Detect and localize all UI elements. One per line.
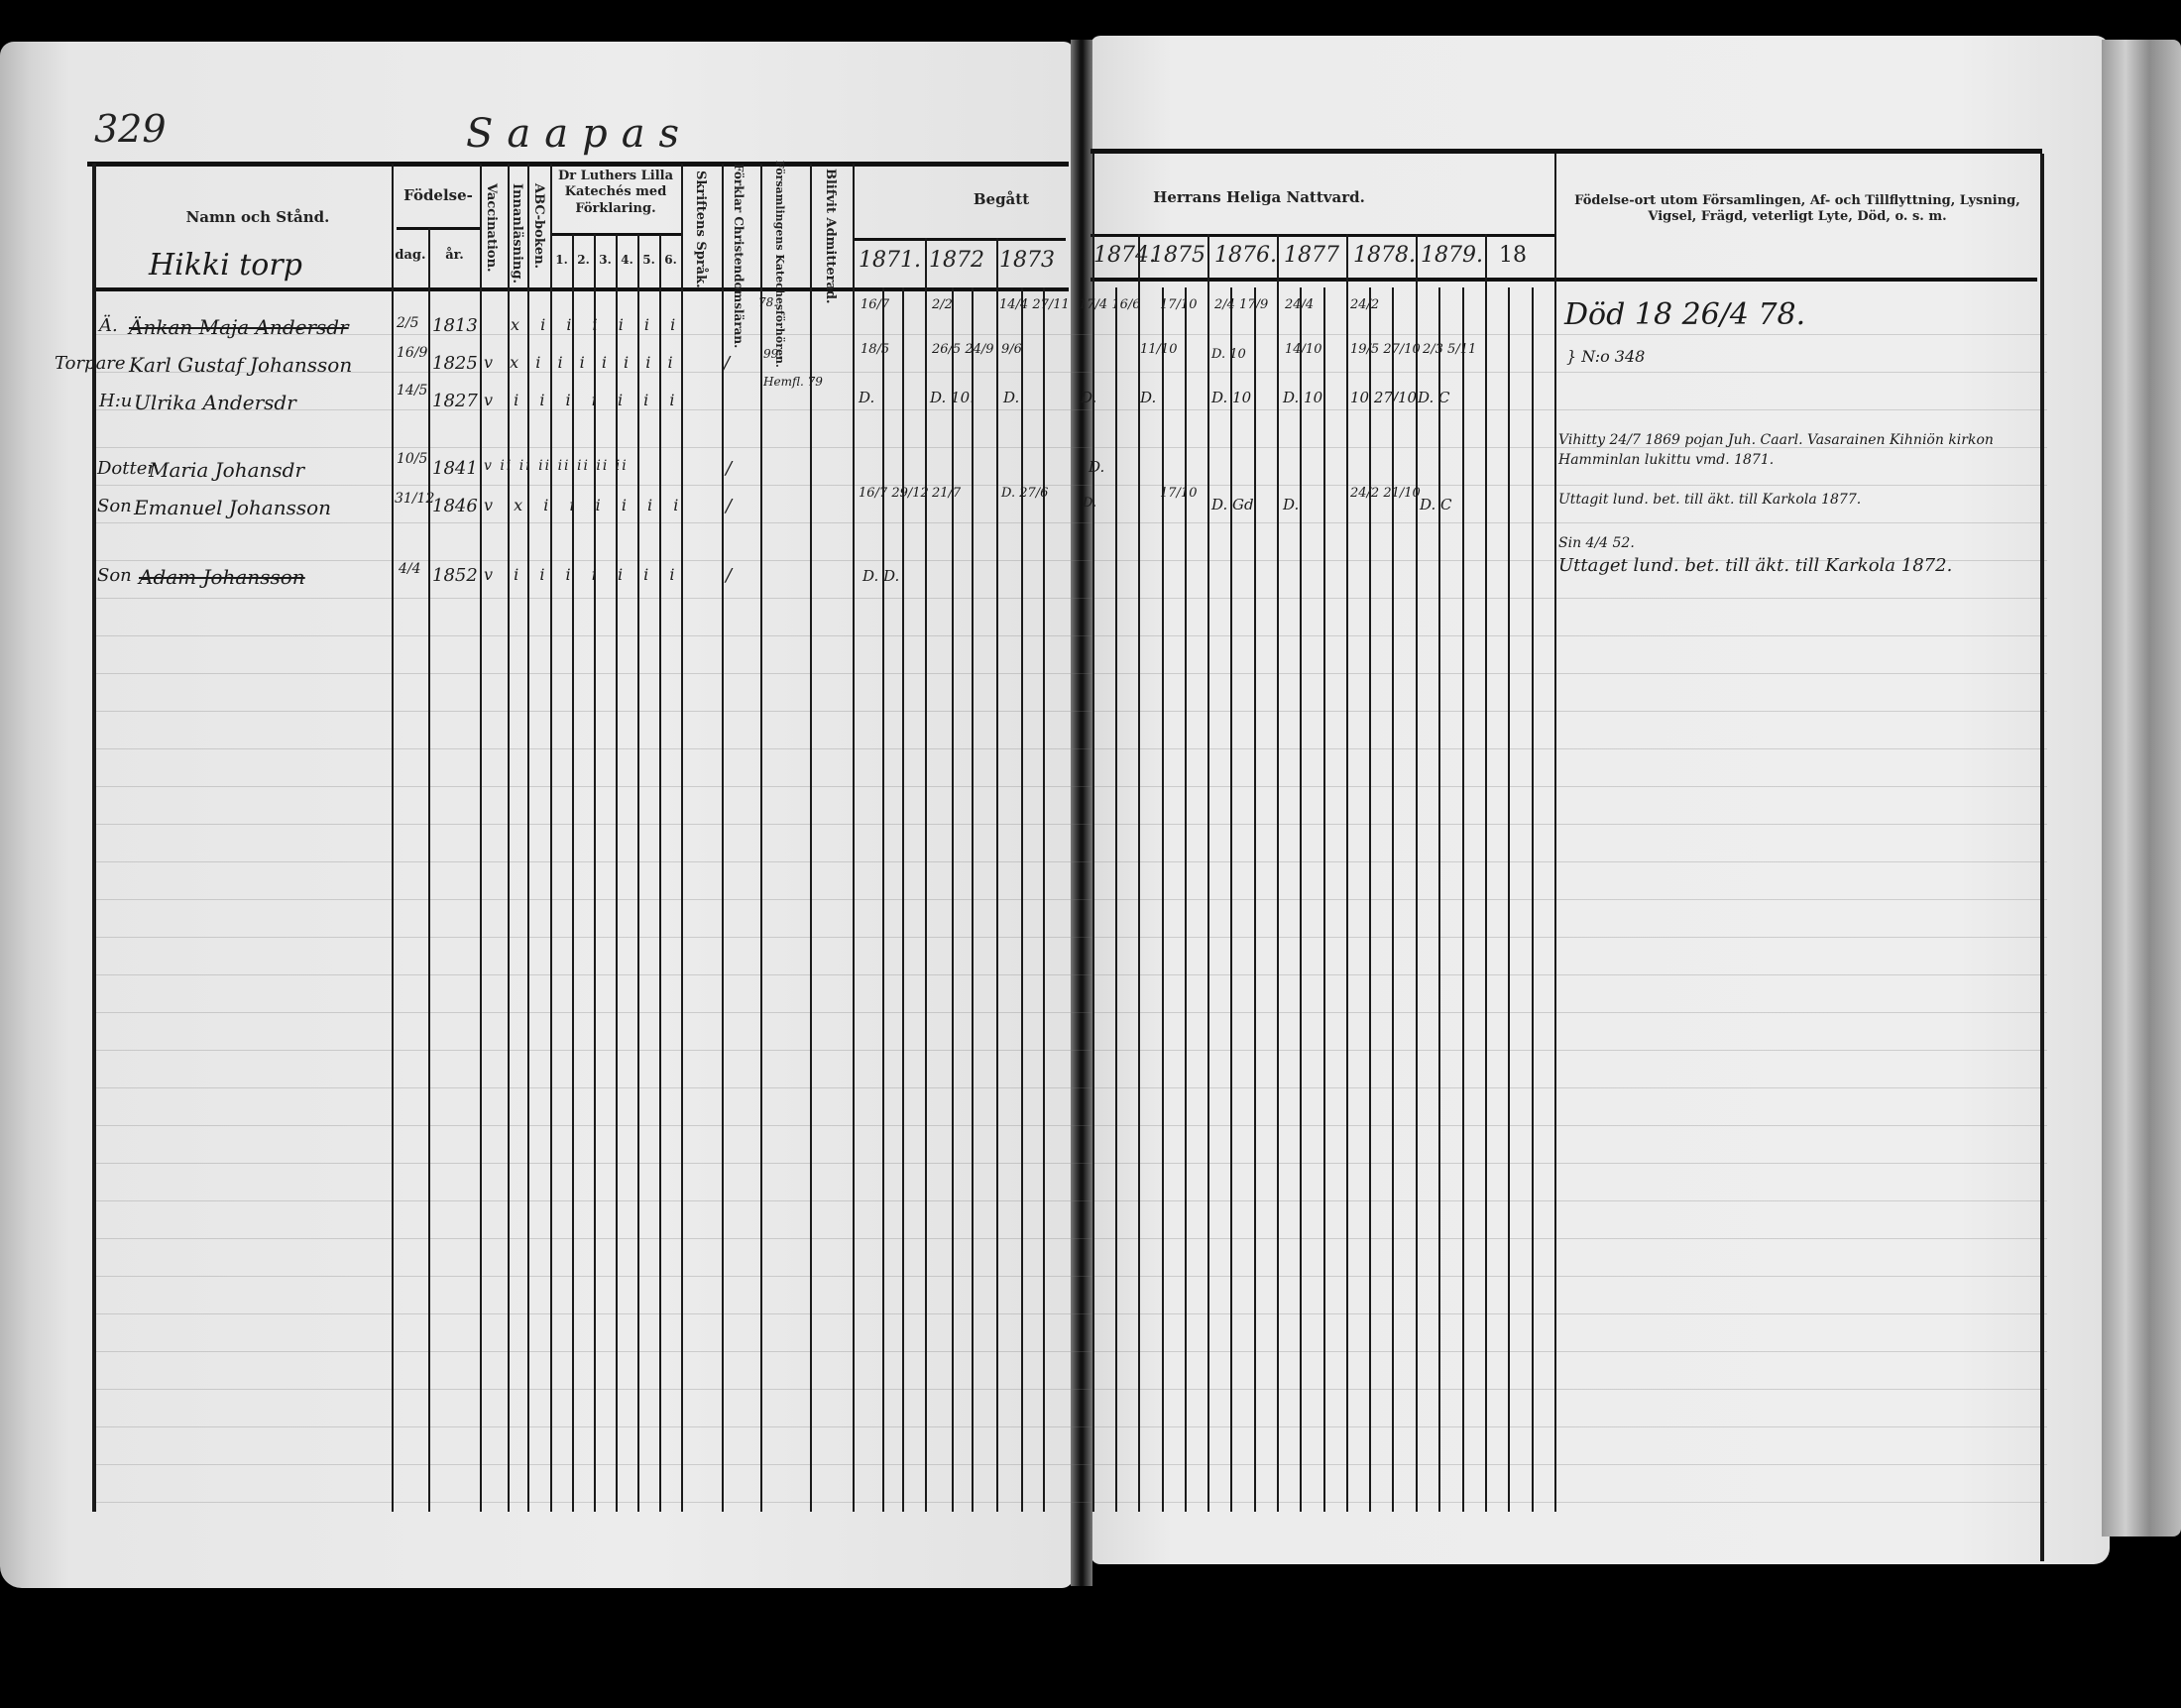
header-remarks: Födelse-ort utom Församlingen, Af- och T…: [1558, 193, 2036, 226]
header-birth-year: år.: [429, 248, 480, 264]
col-line: [1532, 287, 1534, 1512]
row-birth-day: 4/4: [399, 561, 421, 577]
catechism-col-5: 5.: [638, 253, 659, 268]
header-skriftens: Skriftens Språk.: [693, 171, 708, 288]
col-line: [902, 287, 904, 1512]
col-line: [1485, 234, 1487, 1512]
row-birth-day: 31/12: [395, 491, 434, 507]
row-admit: /: [724, 353, 730, 374]
cell: D. C: [1420, 496, 1452, 513]
year-1875: 1875: [1150, 243, 1205, 268]
row-birth-day: 2/5: [397, 315, 419, 331]
cell: D. Gd: [1211, 496, 1254, 513]
cell: D.: [1089, 458, 1104, 476]
row-marks: v i i i i i i i: [484, 565, 682, 584]
cell: D. 10: [1211, 347, 1246, 362]
col-line: [637, 234, 639, 1512]
row-name: Karl Gustaf Johansson: [129, 353, 352, 377]
col-line: [572, 234, 574, 1512]
cell: 16/7 29/12: [859, 486, 929, 501]
cell: 24/4: [1285, 297, 1314, 312]
cell: 17/4 16/6: [1079, 297, 1141, 312]
cell: 10 27/10: [1350, 389, 1417, 406]
col-line: [952, 287, 954, 1512]
col-line: [1438, 287, 1440, 1512]
col-line: [1508, 287, 1510, 1512]
col-line: [1416, 234, 1418, 1512]
col-line: [760, 164, 762, 1512]
row-remark: Död 18 26/4 78.: [1564, 297, 1805, 332]
row-birth-year: 1846: [432, 496, 478, 516]
row-birth-year: 1827: [432, 391, 478, 411]
row-birth-year: 1825: [432, 353, 478, 374]
page-number: 329: [94, 107, 167, 151]
cell: 21/7: [932, 486, 961, 501]
cell: 9/6: [1001, 342, 1022, 357]
col-line: [2040, 154, 2044, 1561]
cell: 11/10: [1140, 342, 1177, 357]
col-line: [616, 234, 618, 1512]
header-catechism: Dr Luthers Lilla Katechés med Förklaring…: [552, 169, 679, 217]
col-line: [1254, 287, 1256, 1512]
header-forsamling: Församlingens Katechesförhören.: [773, 161, 786, 368]
header-nattvard: Herrans Heliga Nattvard.: [1130, 188, 1388, 207]
col-line: [853, 164, 855, 1512]
col-line: [428, 228, 430, 1512]
row-admit: /: [726, 565, 732, 586]
cell: 14/4 27/11: [999, 297, 1070, 312]
cell: 24/2 21/10: [1350, 486, 1421, 501]
cell: D. D.: [862, 567, 899, 585]
top-rule-right: [1090, 149, 2042, 154]
page-edges: [2102, 40, 2181, 1537]
row-birth-day: 16/9: [397, 345, 427, 361]
row-name: Änkan Maja Andersdr: [129, 315, 349, 339]
parish-heading: Saapas: [466, 111, 693, 157]
row-prefix: Ä.: [99, 315, 118, 336]
header-bottom-rule-right: [1090, 278, 2037, 282]
col-line: [1207, 234, 1209, 1512]
year-1871: 1871.: [859, 248, 921, 273]
col-line: [1092, 154, 1094, 1512]
cell: D.: [1003, 389, 1019, 406]
col-line: [1300, 287, 1302, 1512]
cell: D. 10: [1283, 389, 1322, 406]
row-name: Ulrika Andersdr: [134, 391, 296, 414]
year-1872: 1872: [929, 248, 984, 273]
catechism-col-2: 2.: [573, 253, 594, 268]
cell: D.: [859, 389, 874, 406]
row-marks: x i i i i i i: [511, 315, 683, 334]
year-1877: 1877: [1284, 243, 1339, 268]
col-line: [1185, 287, 1187, 1512]
col-line: [1021, 287, 1023, 1512]
row-prefix: H:u: [99, 391, 132, 411]
cell: 2/3 5/11: [1423, 342, 1476, 357]
row-birth-year: 1852: [432, 565, 478, 586]
cell: 18/5: [861, 342, 889, 357]
catechism-col-4: 4.: [617, 253, 637, 268]
row-birth-day: 10/5: [397, 451, 427, 467]
col-line: [1277, 234, 1279, 1512]
row-remark: Vihitty 24/7 1869 pojan Juh. Caarl. Vasa…: [1558, 432, 1994, 448]
header-birth: Födelse-: [397, 186, 480, 205]
birth-subrule: [397, 227, 480, 230]
header-admitterad: Blifvit Admitterad.: [823, 169, 838, 304]
row-admit: /: [726, 496, 732, 516]
cell: D.: [1083, 496, 1096, 511]
year-18: 18: [1499, 243, 1527, 268]
col-line: [594, 234, 596, 1512]
col-line: [1554, 154, 1556, 1512]
col-line: [480, 164, 482, 1512]
cell: 2/4 17/9: [1214, 297, 1268, 312]
col-line: [996, 238, 998, 1512]
header-vaccination: Vaccination.: [484, 183, 499, 273]
year-1879: 1879.: [1421, 243, 1483, 268]
row-prefix: Son: [97, 496, 132, 516]
col-line: [1230, 287, 1232, 1512]
catechism-col-3: 3.: [595, 253, 616, 268]
col-line: [1369, 287, 1371, 1512]
header-bottom-rule-left: [94, 287, 1069, 291]
col-line: [681, 164, 683, 1512]
row-marks: v x i i i i i i: [484, 496, 686, 514]
col-line: [810, 164, 812, 1512]
year-1873: 1873: [999, 248, 1055, 273]
row-birth-day: 14/5: [397, 383, 427, 399]
cell: D. 27/6: [1001, 486, 1048, 501]
col-line: [882, 287, 884, 1512]
col-line: [1392, 287, 1394, 1512]
row-notes: 78.: [758, 295, 777, 309]
row-admit: /: [726, 458, 732, 479]
col-line: [1043, 287, 1045, 1512]
row-marks: v i i i i i i i: [484, 391, 682, 409]
year-1874: 1874.: [1093, 243, 1156, 268]
cell: D.: [1081, 389, 1096, 406]
cell: D. 10: [1211, 389, 1251, 406]
row-name: Adam Johansson: [139, 565, 305, 589]
col-line: [392, 164, 394, 1512]
row-remark: Uttaget lund. bet. till äkt. till Karkol…: [1558, 555, 1952, 576]
begatt-subrule: [853, 238, 1066, 241]
cell: D.: [1140, 389, 1156, 406]
cell: D. 10.: [930, 389, 975, 406]
header-birth-day: dag.: [393, 248, 428, 264]
col-line: [659, 234, 661, 1512]
header-begatt: Begått: [952, 190, 1051, 209]
cell: 14/10: [1285, 342, 1321, 357]
header-forklar: Förklar Christendomsläran.: [732, 164, 746, 348]
col-line: [1115, 287, 1117, 1512]
cell: 19/5 27/10: [1350, 342, 1421, 357]
row-prefix: Dotter: [97, 458, 156, 479]
row-marks: v x i i i i i i i: [484, 353, 679, 372]
row-remark: Hamminlan lukittu vmd. 1871.: [1558, 452, 1774, 468]
year-1878: 1878.: [1353, 243, 1416, 268]
col-line: [925, 238, 927, 1512]
col-line: [1138, 234, 1140, 1512]
row-birth-year: 1813: [432, 315, 478, 336]
ruled-lines: [94, 297, 2047, 1527]
header-name: Namn och Stånd.: [149, 208, 367, 227]
col-line: [1346, 234, 1348, 1512]
row-name: Maria Johansdr: [149, 458, 304, 482]
cell: 2/2: [932, 297, 953, 312]
row-name: Emanuel Johansson: [134, 496, 331, 519]
row-remark: Uttagit lund. bet. till äkt. till Karkol…: [1558, 492, 1861, 508]
col-line: [1462, 287, 1464, 1512]
catechism-col-6: 6.: [660, 253, 681, 268]
cell: 24/2: [1350, 297, 1379, 312]
col-line: [1162, 287, 1164, 1512]
row-prefix: Son: [97, 565, 132, 586]
year-1876: 1876.: [1214, 243, 1277, 268]
cell: D.: [1283, 496, 1299, 513]
cell: 17/10: [1160, 486, 1197, 501]
row-notes: 99.: [763, 347, 782, 361]
row-remark: } N:o 348: [1566, 347, 1645, 366]
row-marks: v ii ii ii ii ii ii ii: [484, 458, 629, 474]
col-line: [1323, 287, 1325, 1512]
catechism-col-1: 1.: [551, 253, 572, 268]
village-name: Hikki torp: [149, 248, 302, 283]
top-rule-left: [87, 162, 1069, 167]
cell: D. C: [1418, 389, 1450, 406]
row-remark: Sin 4/4 52.: [1558, 535, 1635, 551]
cell: 16/7: [861, 297, 889, 312]
header-innanlasning: Innanläsning.: [510, 183, 524, 284]
row-prefix: Torpare: [55, 353, 126, 374]
header-abc: ABC-boken.: [531, 183, 546, 269]
cell: 26/5 24/9: [932, 342, 994, 357]
cell: 17/10: [1160, 297, 1197, 312]
row-notes: Hemfl. 79: [763, 375, 823, 389]
col-line: [972, 287, 974, 1512]
row-birth-year: 1841: [432, 458, 478, 479]
